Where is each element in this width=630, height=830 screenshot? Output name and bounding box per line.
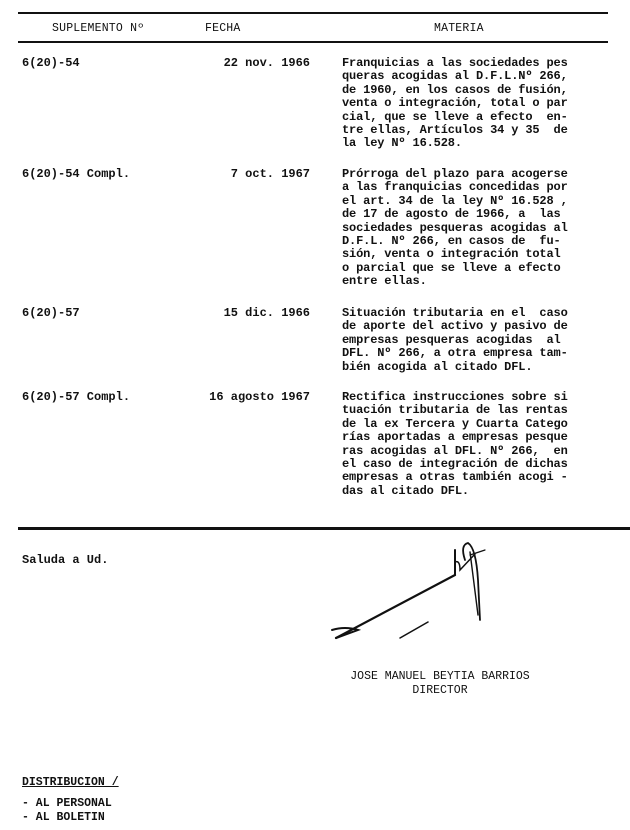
distribution-title: DISTRIBUCION / [22,776,119,789]
header-materia: MATERIA [434,22,484,35]
greeting: Saluda a Ud. [22,553,108,567]
header-fecha: FECHA [205,22,241,35]
cell-materia: Situación tributaria en el caso de aport… [342,307,622,374]
cell-suplemento: 6(20)-54 [22,57,80,70]
cell-materia: Rectifica instrucciones sobre si tuación… [342,391,622,498]
signature-icon [320,540,520,665]
cell-materia: Prórroga del plazo para acogerse a las f… [342,168,622,289]
signer-name: JOSE MANUEL BEYTIA BARRIOS [300,670,580,684]
cell-suplemento: 6(20)-57 [22,307,80,320]
cell-fecha: 22 nov. 1966 [180,57,310,70]
header-suplemento: SUPLEMENTO Nº [52,22,144,35]
distribution-item: - AL BOLETIN [22,811,105,824]
table-top-rule [18,12,608,14]
cell-suplemento: 6(20)-54 Compl. [22,168,130,181]
table-header-rule [18,41,608,43]
signer-title: DIRECTOR [300,684,580,698]
cell-suplemento: 6(20)-57 Compl. [22,391,130,404]
distribution-item: - AL PERSONAL [22,797,112,810]
cell-fecha: 15 dic. 1966 [180,307,310,320]
cell-fecha: 16 agosto 1967 [180,391,310,404]
cell-materia: Franquicias a las sociedades pes queras … [342,57,622,151]
table-bottom-rule [18,527,630,530]
cell-fecha: 7 oct. 1967 [180,168,310,181]
